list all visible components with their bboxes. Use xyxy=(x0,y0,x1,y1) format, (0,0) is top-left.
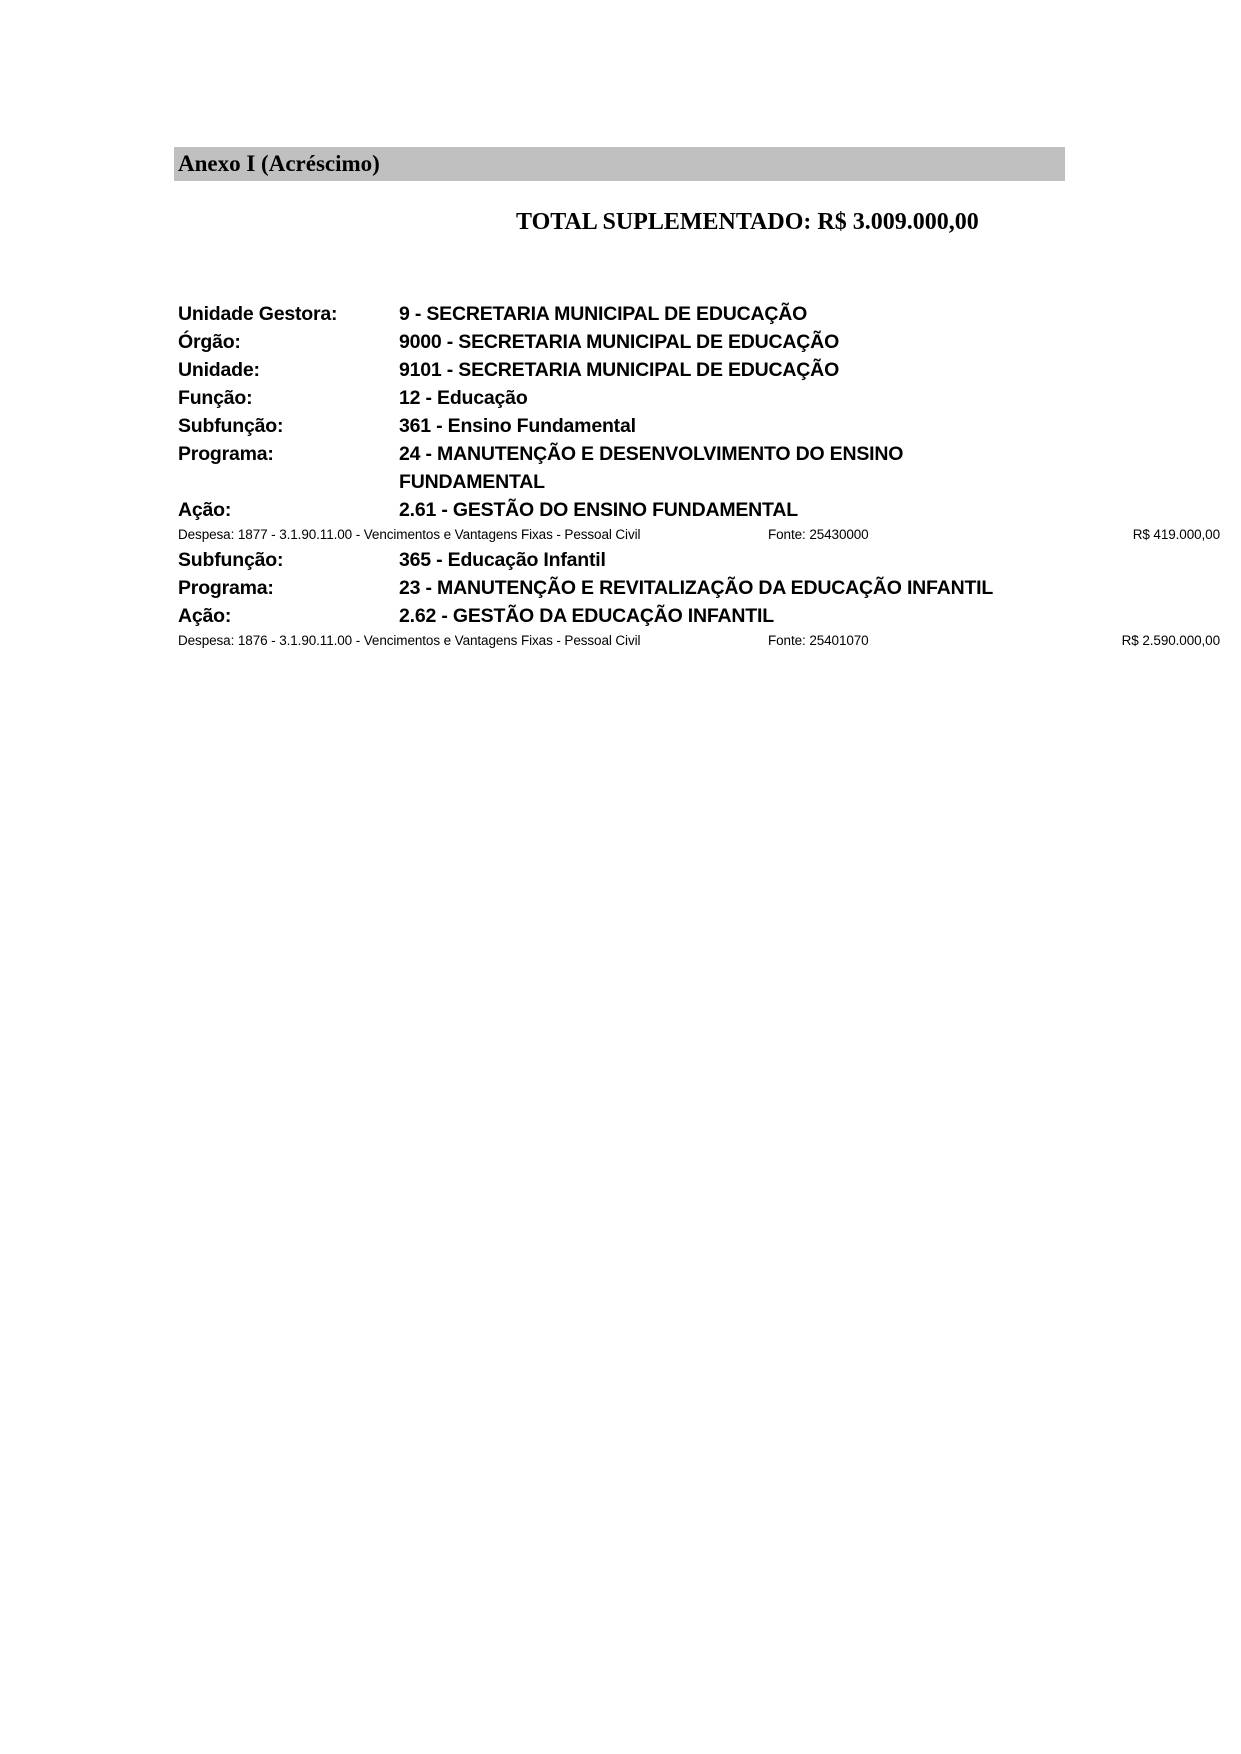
expense-source: Fonte: 25430000 xyxy=(768,524,869,546)
field-unidade-gestora: Unidade Gestora: 9 - SECRETARIA MUNICIPA… xyxy=(178,300,1078,328)
budget-details: Unidade Gestora: 9 - SECRETARIA MUNICIPA… xyxy=(178,300,1078,652)
annex-header: Anexo I (Acréscimo) xyxy=(174,147,1065,181)
expense-description: Despesa: 1876 - 3.1.90.11.00 - Venciment… xyxy=(178,630,640,652)
field-value: 23 - MANUTENÇÃO E REVITALIZAÇÃO DA EDUCA… xyxy=(399,574,1078,602)
field-label: Ação: xyxy=(178,496,231,524)
field-label: Subfunção: xyxy=(178,546,283,574)
field-value: 12 - Educação xyxy=(399,384,1078,412)
field-value: 2.62 - GESTÃO DA EDUCAÇÃO INFANTIL xyxy=(399,602,1078,630)
field-acao: Ação: 2.62 - GESTÃO DA EDUCAÇÃO INFANTIL xyxy=(178,602,1078,630)
field-acao: Ação: 2.61 - GESTÃO DO ENSINO FUNDAMENTA… xyxy=(178,496,1078,524)
expense-amount: R$ 419.000,00 xyxy=(1133,524,1220,546)
field-value: 9101 - SECRETARIA MUNICIPAL DE EDUCAÇÃO xyxy=(399,356,1078,384)
field-programa: Programa: 24 - MANUTENÇÃO E DESENVOLVIME… xyxy=(178,440,1078,496)
field-value: 2.61 - GESTÃO DO ENSINO FUNDAMENTAL xyxy=(399,496,1078,524)
total-supplemented: TOTAL SUPLEMENTADO: R$ 3.009.000,00 xyxy=(516,207,979,237)
field-value: 365 - Educação Infantil xyxy=(399,546,1078,574)
field-label: Programa: xyxy=(178,574,274,602)
field-label: Subfunção: xyxy=(178,412,283,440)
field-value: 9000 - SECRETARIA MUNICIPAL DE EDUCAÇÃO xyxy=(399,328,1078,356)
field-funcao: Função: 12 - Educação xyxy=(178,384,1078,412)
field-label: Unidade: xyxy=(178,356,260,384)
field-label: Unidade Gestora: xyxy=(178,300,337,328)
field-label: Programa: xyxy=(178,440,274,468)
field-label: Ação: xyxy=(178,602,231,630)
field-value: 361 - Ensino Fundamental xyxy=(399,412,1078,440)
field-label: Órgão: xyxy=(178,328,241,356)
field-label: Função: xyxy=(178,384,252,412)
expense-source: Fonte: 25401070 xyxy=(768,630,869,652)
field-value: 24 - MANUTENÇÃO E DESENVOLVIMENTO DO ENS… xyxy=(399,440,959,496)
expense-row: Despesa: 1877 - 3.1.90.11.00 - Venciment… xyxy=(178,524,1078,546)
annex-title: Anexo I (Acréscimo) xyxy=(178,150,380,178)
expense-description: Despesa: 1877 - 3.1.90.11.00 - Venciment… xyxy=(178,524,640,546)
field-orgao: Órgão: 9000 - SECRETARIA MUNICIPAL DE ED… xyxy=(178,328,1078,356)
expense-row: Despesa: 1876 - 3.1.90.11.00 - Venciment… xyxy=(178,630,1078,652)
field-subfuncao: Subfunção: 361 - Ensino Fundamental xyxy=(178,412,1078,440)
field-subfuncao: Subfunção: 365 - Educação Infantil xyxy=(178,546,1078,574)
expense-amount: R$ 2.590.000,00 xyxy=(1122,630,1220,652)
field-value: 9 - SECRETARIA MUNICIPAL DE EDUCAÇÃO xyxy=(399,300,1078,328)
field-programa: Programa: 23 - MANUTENÇÃO E REVITALIZAÇÃ… xyxy=(178,574,1078,602)
field-unidade: Unidade: 9101 - SECRETARIA MUNICIPAL DE … xyxy=(178,356,1078,384)
